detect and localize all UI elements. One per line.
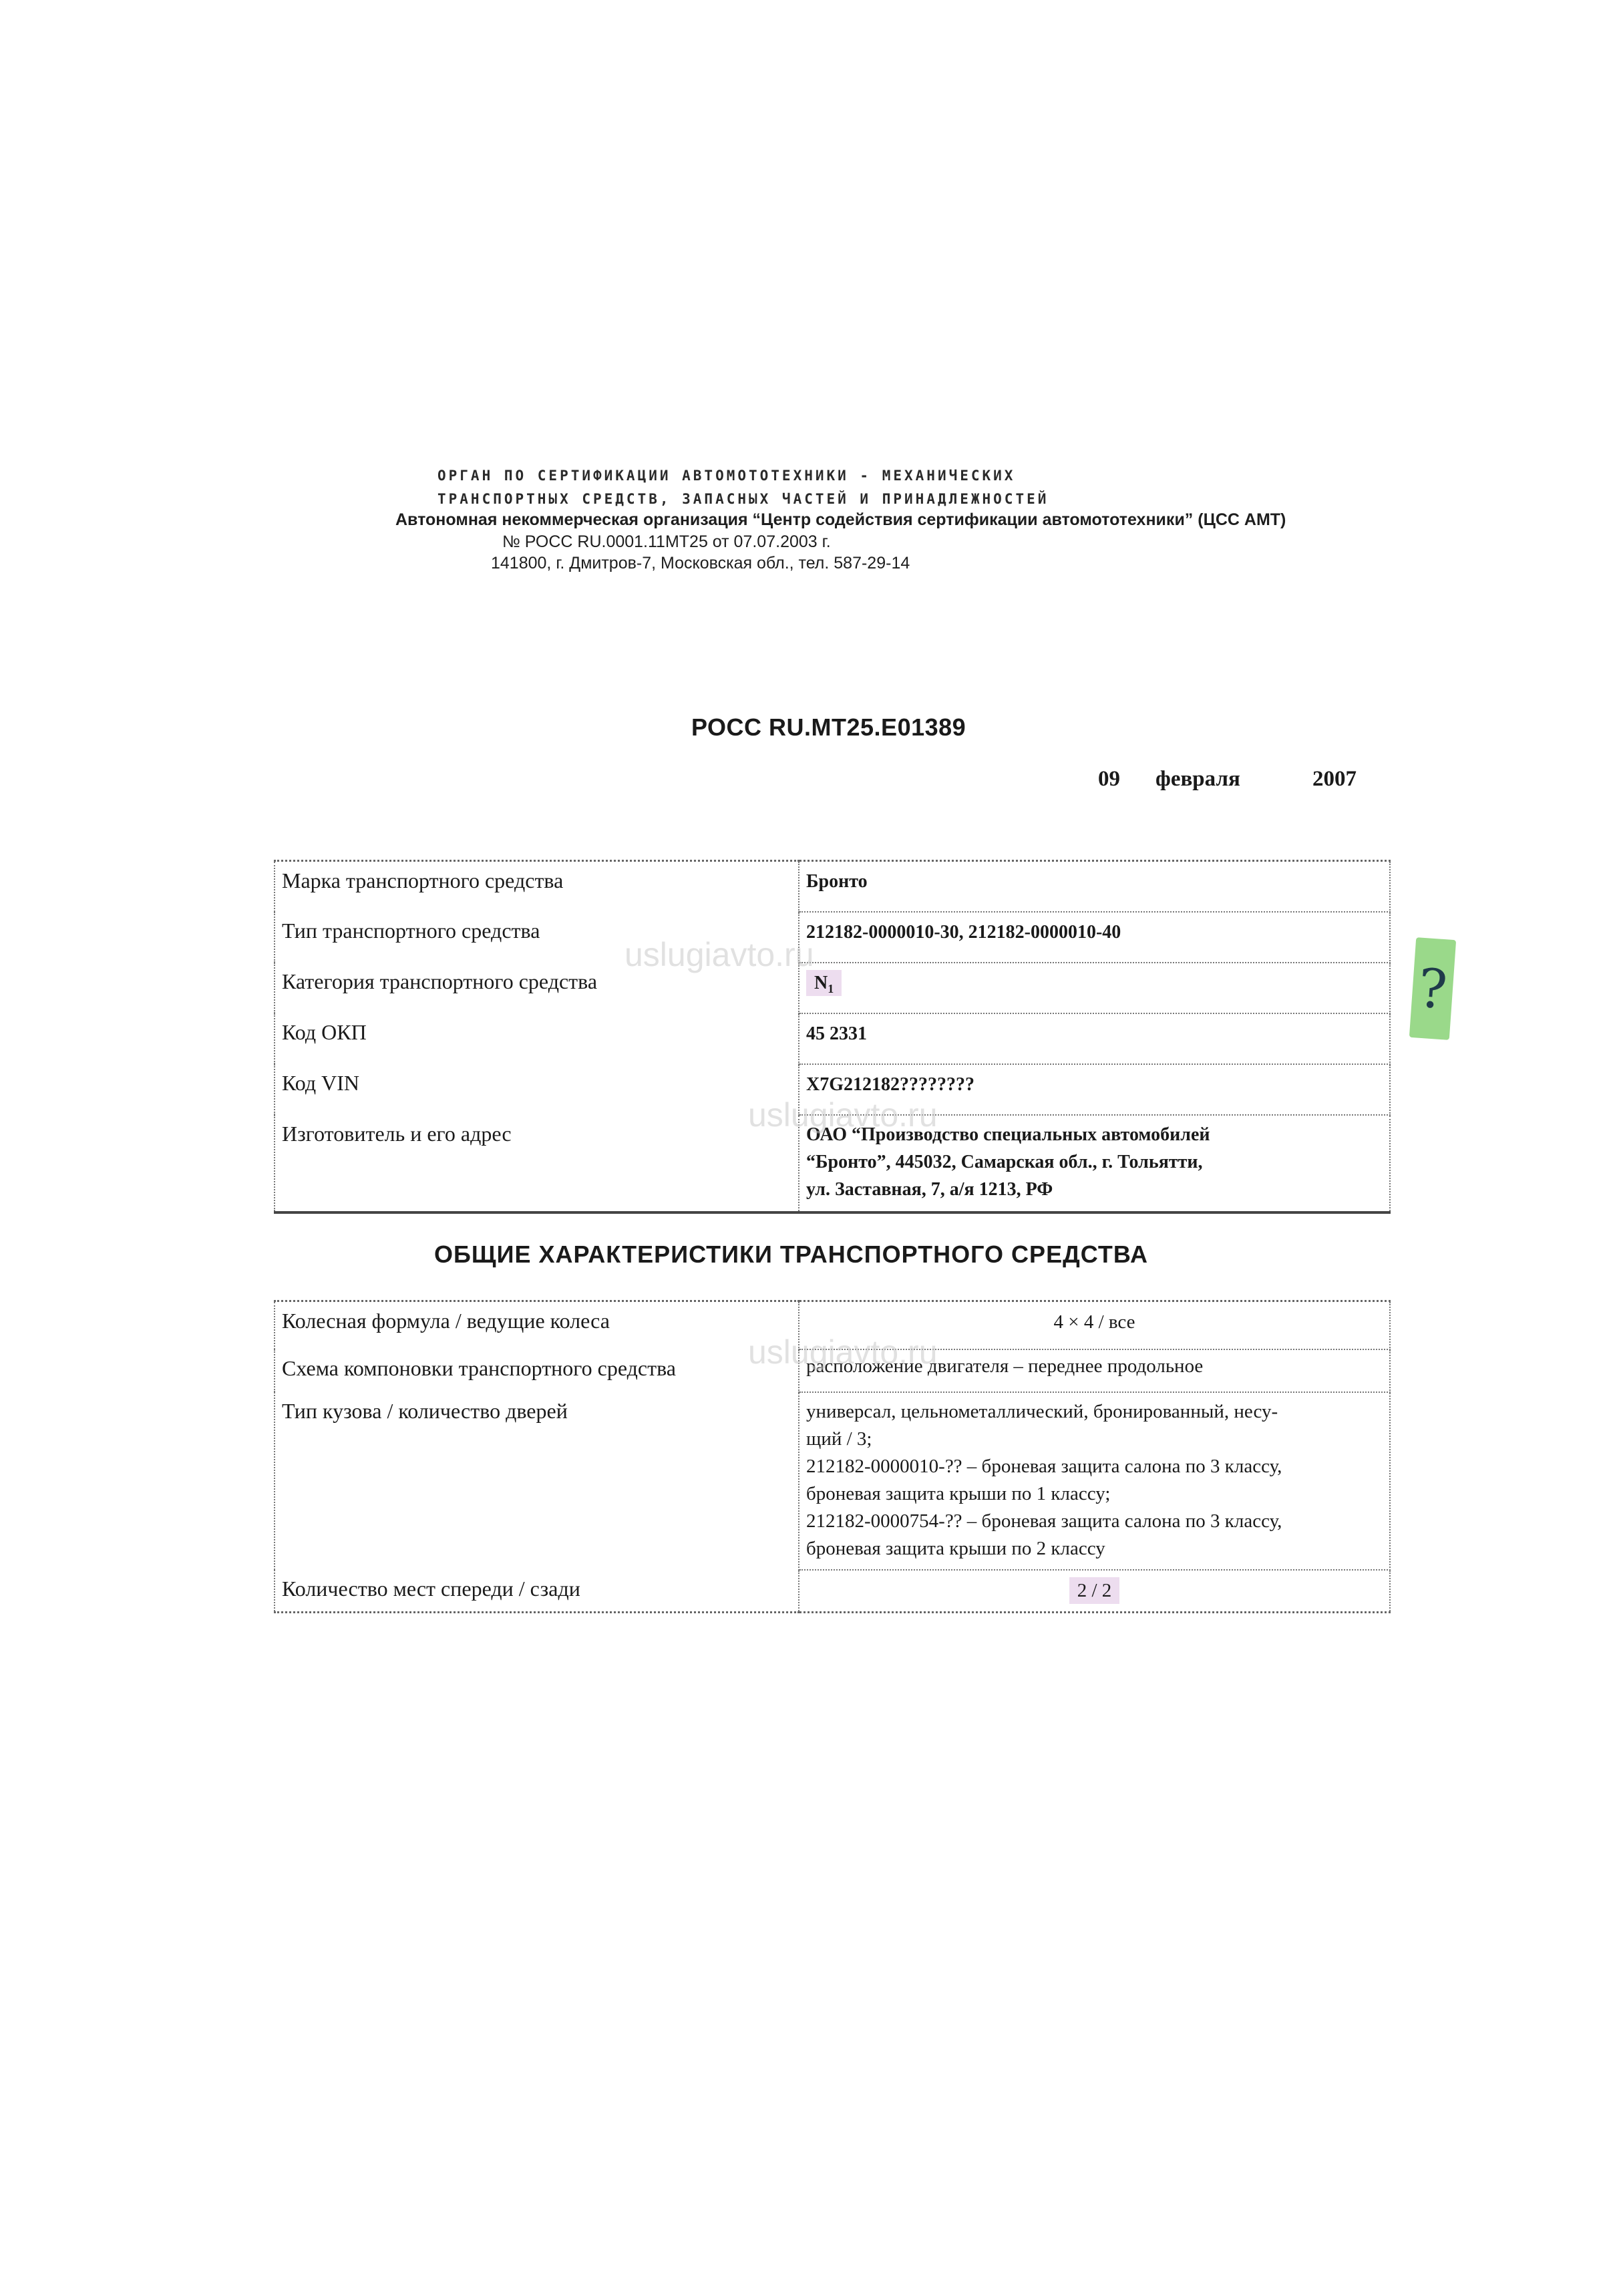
watermark-text: uslugiavto.ru	[624, 935, 814, 974]
row-label: Марка транспортного средства	[275, 861, 799, 912]
row-value: 45 2331	[799, 1013, 1390, 1064]
row-label: Колесная формула / ведущие колеса	[275, 1301, 799, 1349]
row-value: универсал, цельнометаллический, брониров…	[799, 1392, 1390, 1570]
authority-address: 141800, г. Дмитров-7, Московская обл., т…	[491, 554, 910, 573]
authority-title-line1: ОРГАН ПО СЕРТИФИКАЦИИ АВТОМОТОТЕХНИКИ - …	[437, 468, 1015, 484]
watermark-text: uslugiavto.ru	[748, 1096, 938, 1134]
date-year: 2007	[1312, 767, 1357, 792]
table-row: Код ОКП 45 2331	[275, 1013, 1390, 1064]
date-month: февраля	[1155, 767, 1240, 792]
certificate-number: РОСС RU.МТ25.Е01389	[691, 713, 966, 742]
watermark-text: uslugiavto.ru	[748, 1333, 938, 1371]
vehicle-info-table: Марка транспортного средства Бронто Тип …	[274, 860, 1391, 1214]
table-row: Категория транспортного средства N1	[275, 963, 1390, 1013]
row-value: 2 / 2	[799, 1570, 1390, 1613]
accreditation-number: № РОСС RU.0001.11МТ25 от 07.07.2003 г.	[502, 532, 831, 552]
date-day: 09	[1098, 767, 1120, 792]
row-label: Тип кузова / количество дверей	[275, 1392, 799, 1570]
row-label: Код VIN	[275, 1064, 799, 1115]
question-mark-note-icon: ?	[1409, 937, 1456, 1040]
seats-stamp: 2 / 2	[1069, 1577, 1120, 1604]
table-row: Тип транспортного средства 212182-000001…	[275, 912, 1390, 963]
row-value: N1	[799, 963, 1390, 1013]
row-value: 212182-0000010-30, 212182-0000010-40	[799, 912, 1390, 963]
row-label: Изготовитель и его адрес	[275, 1115, 799, 1212]
row-label: Количество мест спереди / сзади	[275, 1570, 799, 1613]
row-label: Схема компоновки транспортного средства	[275, 1349, 799, 1392]
table-row: Марка транспортного средства Бронто	[275, 861, 1390, 912]
table-row: Тип кузова / количество дверей универсал…	[275, 1392, 1390, 1570]
row-value: Бронто	[799, 861, 1390, 912]
authority-title-line2: ТРАНСПОРТНЫХ СРЕДСТВ, ЗАПАСНЫХ ЧАСТЕЙ И …	[437, 491, 1049, 507]
organization-name: Автономная некоммерческая организация “Ц…	[395, 510, 1286, 530]
table-row: Количество мест спереди / сзади 2 / 2	[275, 1570, 1390, 1613]
row-label: Код ОКП	[275, 1013, 799, 1064]
section-title: ОБЩИЕ ХАРАКТЕРИСТИКИ ТРАНСПОРТНОГО СРЕДС…	[434, 1241, 1148, 1269]
